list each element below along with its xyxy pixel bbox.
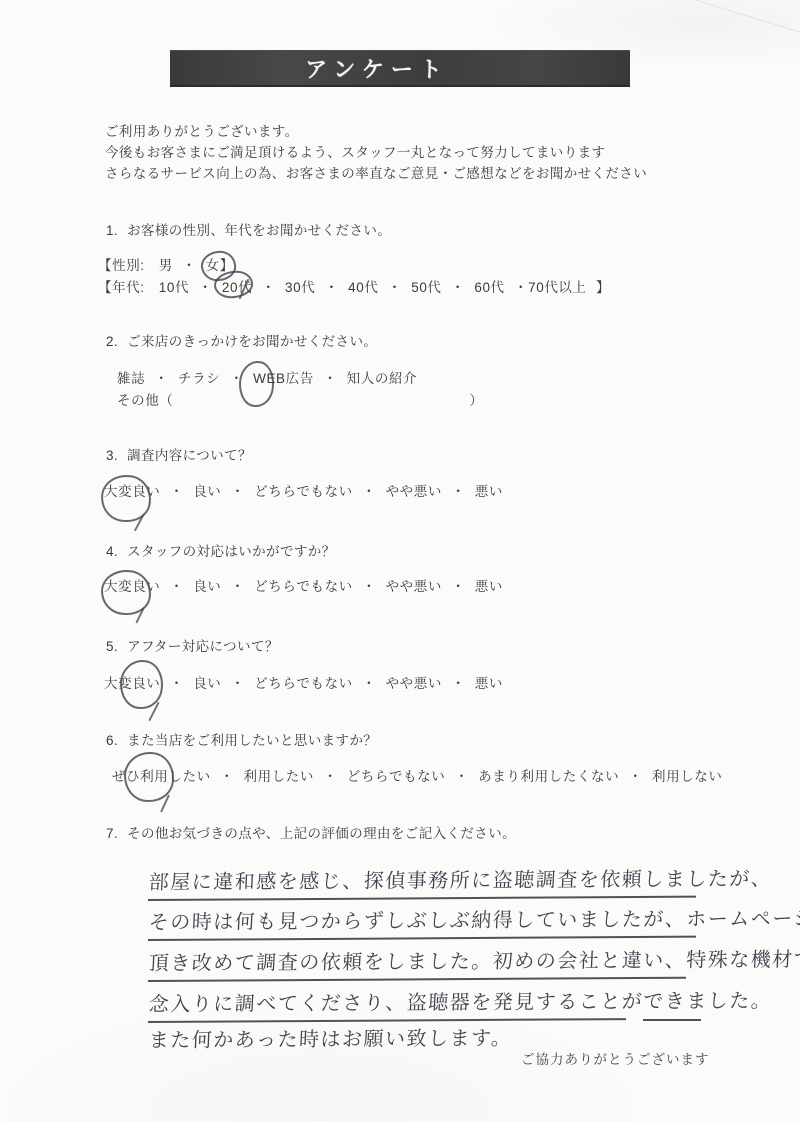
q3-options: 大変良い ・ 良い ・ どちらでもない ・ やや悪い ・ 悪い xyxy=(104,481,503,503)
handwritten-line-4: 念入りに調べてくださり、盗聴器を発見することができました。 xyxy=(148,985,628,1023)
question-6: 6.また当店をご利用したいと思いますか？ xyxy=(106,730,377,751)
question-3-number: 3. xyxy=(106,445,118,466)
question-5: 5.アフター対応について？ xyxy=(106,636,279,657)
handwritten-underline-extra xyxy=(643,1019,701,1021)
question-3: 3.調査内容について？ xyxy=(106,445,252,466)
handwritten-line-1: 部屋に違和感を感じ、探偵事務所に盗聴調査を依頼しましたが、 xyxy=(148,863,698,901)
q4-options: 大変良い ・ 良い ・ どちらでもない ・ やや悪い ・ 悪い xyxy=(104,576,503,598)
question-7-number: 7. xyxy=(106,823,118,844)
intro-line-2: 今後もお客さまにご満足頂けるよう、スタッフ一丸となって努力してまいります xyxy=(105,142,647,163)
scan-artifact-line xyxy=(687,0,800,36)
q2-other-open: その他（ xyxy=(117,393,173,408)
q1-age-options: 【年代: 10代 ・ 20代 ・ 30代 ・ 40代 ・ 50代 ・ 60代 ・… xyxy=(98,277,610,299)
intro-line-1: ご利用ありがとうございます。 xyxy=(105,121,647,142)
handwritten-line-3: 頂き改めて調査の依頼をしました。初めの会社と違い、特殊な機材で xyxy=(148,944,688,982)
question-2-number: 2. xyxy=(106,331,118,352)
question-2: 2.ご来店のきっかけをお聞かせください。 xyxy=(106,331,377,352)
pen-circle-q4 xyxy=(100,569,152,617)
survey-title: アンケート xyxy=(305,53,495,84)
q2-other-close: ） xyxy=(469,393,483,408)
question-7-text: その他お気づきの点や、上記の評価の理由をご記入ください。 xyxy=(127,826,516,841)
intro-line-3: さらなるサービス向上の為、お客さまの率直なご意見・ご感想などをお聞かせください xyxy=(105,163,647,184)
handwritten-line-5: また何かあった時はお願い致します。 xyxy=(148,1022,513,1057)
footer-thanks: ご協力ありがとうございます xyxy=(521,1048,710,1068)
question-1: 1.お客様の性別、年代をお聞かせください。 xyxy=(106,220,391,241)
question-1-text: お客様の性別、年代をお聞かせください。 xyxy=(127,223,391,238)
intro-text: ご利用ありがとうございます。 今後もお客さまにご満足頂けるよう、スタッフ一丸とな… xyxy=(105,121,647,184)
question-1-number: 1. xyxy=(106,220,118,241)
question-7: 7.その他お気づきの点や、上記の評価の理由をご記入ください。 xyxy=(106,823,516,844)
q5-options: 大変良い ・ 良い ・ どちらでもない ・ やや悪い ・ 悪い xyxy=(104,673,503,695)
q6-options: ぜひ利用したい ・ 利用したい ・ どちらでもない ・ あまり利用したくない ・… xyxy=(112,766,722,788)
question-5-number: 5. xyxy=(106,636,118,657)
question-4-text: スタッフの対応はいかがですか？ xyxy=(127,544,336,559)
question-5-text: アフター対応について？ xyxy=(127,639,279,654)
handwritten-line-2: その時は何も見つからずしぶしぶ納得していましたが、ホームページを拝見して xyxy=(148,903,698,941)
question-2-text: ご来店のきっかけをお聞かせください。 xyxy=(127,334,377,349)
question-4-number: 4. xyxy=(106,541,118,562)
question-6-number: 6. xyxy=(106,730,118,751)
q2-other-row: その他（） xyxy=(117,390,484,412)
question-3-text: 調査内容について？ xyxy=(127,448,252,463)
question-6-text: また当店をご利用したいと思いますか？ xyxy=(127,733,377,748)
question-4: 4.スタッフの対応はいかがですか？ xyxy=(106,541,336,562)
scanned-survey-page: アンケート ご利用ありがとうございます。 今後もお客さまにご満足頂けるよう、スタ… xyxy=(0,0,800,1122)
survey-title-bar: アンケート xyxy=(170,50,630,87)
